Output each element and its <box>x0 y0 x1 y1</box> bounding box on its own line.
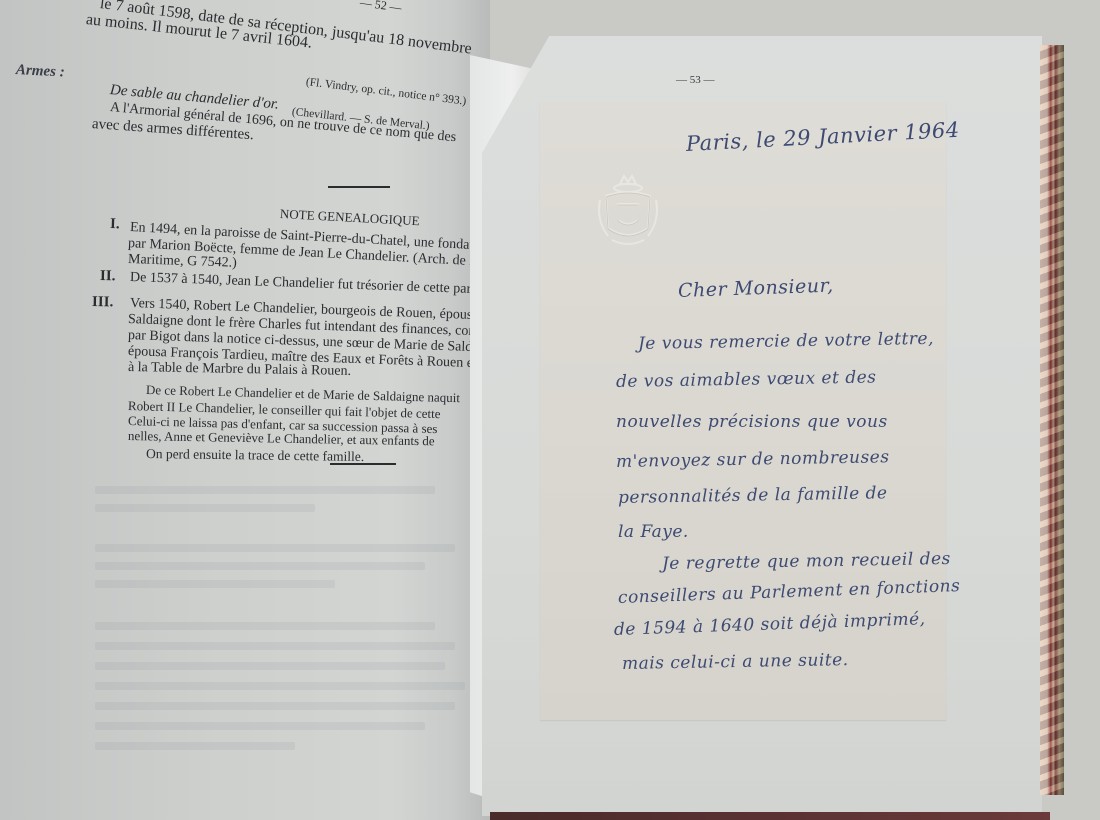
bleed-through <box>95 642 455 650</box>
bleed-through <box>95 682 465 690</box>
note-numeral: II. <box>100 268 116 284</box>
bleed-through <box>95 562 425 570</box>
citation: (Fl. Vindry, op. cit., notice n° 393.) <box>305 74 467 110</box>
letter-salutation: Cher Monsieur, <box>678 275 834 302</box>
letter-line: Je vous remercie de votre lettre, <box>638 329 934 354</box>
bleed-through <box>95 504 315 512</box>
handwritten-letter: Paris, le 29 Janvier 1964 Cher Monsieur,… <box>540 102 946 720</box>
bleed-through <box>95 486 435 494</box>
divider <box>328 186 390 188</box>
bleed-through <box>95 722 425 730</box>
left-page-number: — 52 — <box>359 0 403 16</box>
divider <box>330 463 396 465</box>
left-page: — 52 — le 7 août 1598, date de sa récept… <box>0 0 490 820</box>
letter-line: la Faye. <box>618 522 689 542</box>
bleed-through <box>95 742 295 750</box>
bleed-through <box>95 662 445 670</box>
note-numeral: I. <box>110 216 120 232</box>
bleed-through <box>95 702 455 710</box>
note-line: De 1537 à 1540, Jean Le Chandelier fut t… <box>130 270 490 299</box>
embossed-crest-icon <box>594 170 662 250</box>
section-title: NOTE GENEALOGIQUE <box>280 206 420 229</box>
bleed-through <box>95 544 455 552</box>
armes-label: Armes : <box>16 62 66 81</box>
marbled-book-edge <box>1040 45 1064 795</box>
letter-line: de 1594 à 1640 soit déjà imprimé, <box>614 609 926 640</box>
note-numeral: III. <box>92 294 114 310</box>
right-page-number: — 53 — <box>676 74 715 86</box>
bleed-through <box>95 580 335 588</box>
letter-dateline: Paris, le 29 Janvier 1964 <box>685 118 960 156</box>
letter-line: nouvelles précisions que vous <box>616 412 888 432</box>
book-cover-edge <box>490 812 1050 820</box>
bleed-through <box>95 622 435 630</box>
note-line: à la Table de Marbre du Palais à Rouen. <box>128 360 351 380</box>
open-book: — 52 — le 7 août 1598, date de sa récept… <box>0 0 1100 820</box>
letter-line: mais celui-ci a une suite. <box>622 650 849 674</box>
letter-line: conseillers au Parlement en fonctions <box>618 576 961 608</box>
letter-line: Je regrette que mon recueil des <box>662 549 951 574</box>
note-line: Maritime, G 7542.) <box>128 252 237 272</box>
letter-line: de vos aimables vœux et des <box>616 367 877 392</box>
letter-line: personnalités de la famille de <box>618 483 888 508</box>
letter-line: m'envoyez sur de nombreuses <box>616 447 890 472</box>
